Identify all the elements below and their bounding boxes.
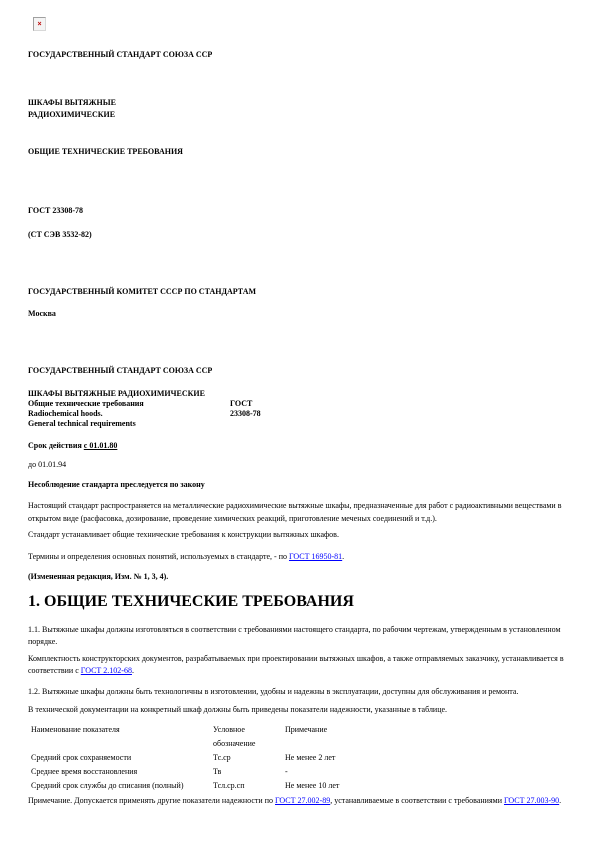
title-block-name-ru: Общие технические требования (28, 399, 228, 409)
validity-label: Срок действия (28, 441, 84, 450)
city-line: Москва (28, 308, 567, 321)
title-block-code-line1: ГОСТ (230, 399, 261, 409)
header-union-standard: ГОСУДАРСТВЕННЫЙ СТАНДАРТ СОЮЗА ССР (28, 49, 567, 62)
table-cell-note: Не менее 2 лет (285, 751, 339, 765)
paragraph-docs-period: . (132, 666, 134, 675)
table-header-name: Наименование показателя (31, 723, 213, 751)
terms-text: Термины и определения основных понятий, … (28, 552, 289, 561)
title-block: ШКАФЫ ВЫТЯЖНЫЕ РАДИОХИМИЧЕСКИЕ Общие тех… (28, 389, 567, 429)
paragraph-docs: Комплектность конструкторских документов… (28, 653, 567, 678)
note-text-before: Примечание. Допускается применять другие… (28, 796, 275, 805)
validity-to: до 01.01.94 (28, 459, 567, 472)
gost-27-002-89-link[interactable]: ГОСТ 27.002-89 (275, 796, 330, 805)
title-block-code-line2: 23308-78 (230, 409, 261, 419)
table-row: Средний срок службы до списания (полный)… (31, 779, 339, 793)
table-cell-symbol: Тс.ср (213, 751, 285, 765)
table-cell-note: - (285, 765, 339, 779)
gost-16950-81-link[interactable]: ГОСТ 16950-81 (289, 552, 342, 561)
amendment-note: (Измененная редакция, Изм. № 1, 3, 4). (28, 571, 567, 584)
table-cell-name: Средний срок службы до списания (полный) (31, 779, 213, 793)
committee-line: ГОСУДАРСТВЕННЫЙ КОМИТЕТ СССР ПО СТАНДАРТ… (28, 286, 567, 299)
terms-period: . (342, 552, 344, 561)
table-header-symbol: Условное обозначение (213, 723, 285, 751)
title-block-name-en1: Radiochemical hoods. (28, 409, 228, 419)
validity-from: Срок действия с 01.01.80 (28, 440, 567, 453)
table-header-note: Примечание (285, 723, 339, 751)
document-page: × ГОСУДАРСТВЕННЫЙ СТАНДАРТ СОЮЗА ССР ШКА… (0, 0, 595, 842)
establishes-paragraph: Стандарт устанавливает общие технические… (28, 529, 567, 542)
paragraph-1-1: 1.1. Вытяжные шкафы должны изготовляться… (28, 624, 567, 649)
title-block-names: ШКАФЫ ВЫТЯЖНЫЕ РАДИОХИМИЧЕСКИЕ Общие тех… (28, 389, 228, 429)
note-paragraph: Примечание. Допускается применять другие… (28, 795, 567, 808)
scope-paragraph: Настоящий стандарт распространяется на м… (28, 500, 567, 525)
note-period: . (559, 796, 561, 805)
table-intro-paragraph: В технической документации на конкретный… (28, 704, 567, 717)
title-block-code: ГОСТ 23308-78 (230, 399, 261, 419)
gost-2-102-68-link[interactable]: ГОСТ 2.102-68 (81, 666, 132, 675)
gost-27-003-90-link[interactable]: ГОСТ 27.003-90 (504, 796, 559, 805)
table-cell-name: Средний срок сохраняемости (31, 751, 213, 765)
table-cell-symbol: Тсл.ср.сп (213, 779, 285, 793)
validity-from-link[interactable]: с 01.01.80 (84, 441, 118, 450)
st-sev-code: (СТ СЭВ 3532-82) (28, 229, 567, 242)
paragraph-1-2: 1.2. Вытяжные шкафы должны быть технолог… (28, 686, 567, 699)
reliability-table: Наименование показателя Условное обознач… (31, 723, 339, 793)
title-block-name-caps: ШКАФЫ ВЫТЯЖНЫЕ РАДИОХИМИЧЕСКИЕ (28, 389, 228, 399)
broken-image-icon: × (33, 17, 46, 31)
document-title-line1: ШКАФЫ ВЫТЯЖНЫЕ (28, 97, 567, 110)
document-title-line2: РАДИОХИМИЧЕСКИЕ (28, 109, 567, 122)
document-subtitle: ОБЩИЕ ТЕХНИЧЕСКИЕ ТРЕБОВАНИЯ (28, 146, 567, 159)
table-cell-note: Не менее 10 лет (285, 779, 339, 793)
section-1-heading: 1. ОБЩИЕ ТЕХНИЧЕСКИЕ ТРЕБОВАНИЯ (28, 592, 567, 612)
table-cell-name: Среднее время восстановления (31, 765, 213, 779)
table-header-row: Наименование показателя Условное обознач… (31, 723, 339, 751)
table-cell-symbol: Тв (213, 765, 285, 779)
note-text-middle: , устанавливаемые в соответствии с требо… (330, 796, 504, 805)
document-title: ШКАФЫ ВЫТЯЖНЫЕ РАДИОХИМИЧЕСКИЕ (28, 97, 567, 122)
gost-code: ГОСТ 23308-78 (28, 205, 567, 218)
law-notice: Несоблюдение стандарта преследуется по з… (28, 479, 567, 492)
title-block-name-en2: General technical requirements (28, 419, 228, 429)
table-row: Средний срок сохраняемости Тс.ср Не мене… (31, 751, 339, 765)
table-row: Среднее время восстановления Тв - (31, 765, 339, 779)
broken-image-x-glyph: × (37, 21, 41, 28)
terms-paragraph: Термины и определения основных понятий, … (28, 551, 567, 564)
title-block-standard-label: ГОСУДАРСТВЕННЫЙ СТАНДАРТ СОЮЗА ССР (28, 365, 567, 378)
